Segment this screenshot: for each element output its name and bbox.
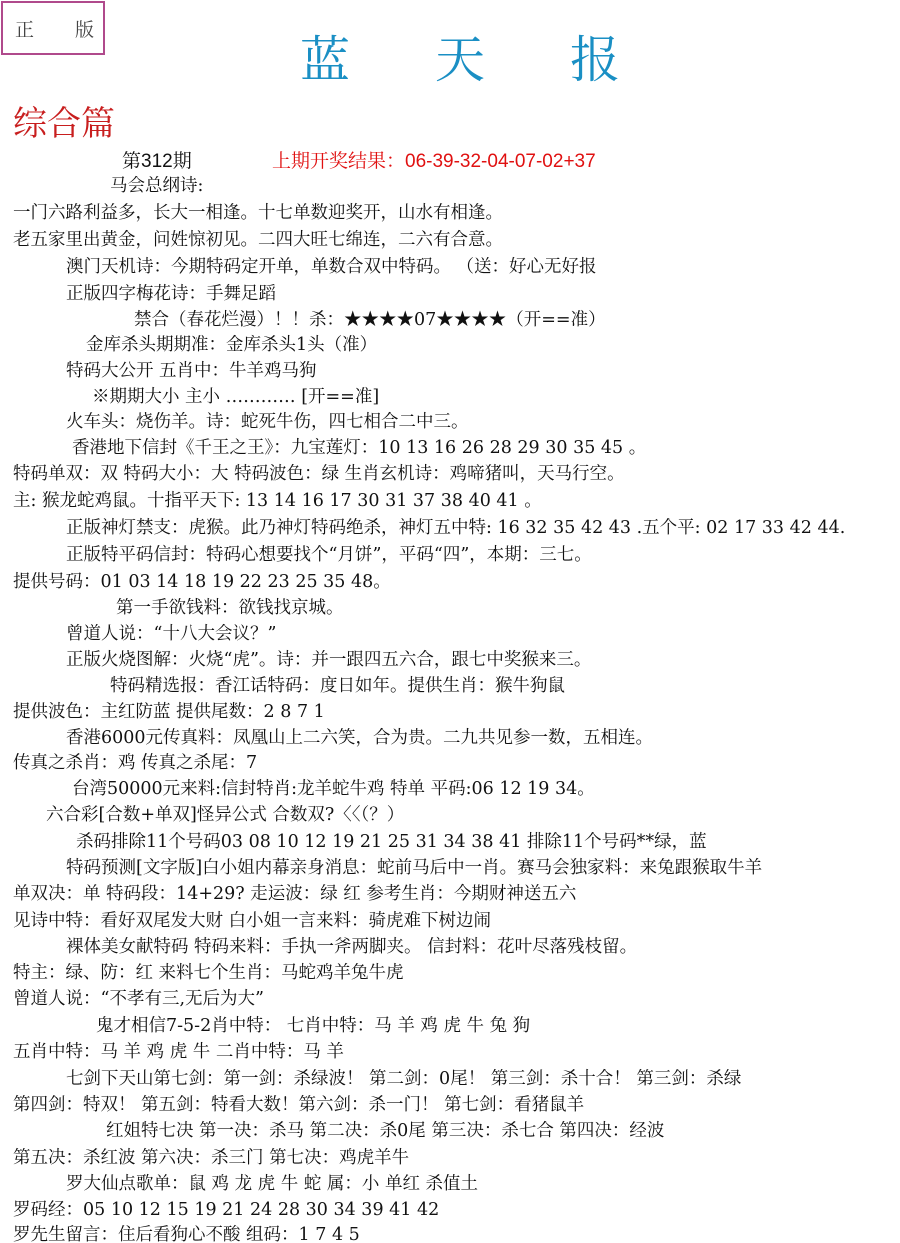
text-line: 正版火烧图解：火烧“虎”。诗：并一跟四五六合，跟七中奖猴来三。 <box>66 649 591 671</box>
text-line: 马会总纲诗: <box>110 175 203 197</box>
text-line: 见诗中特：看好双尾发大财 白小姐一言来料：骑虎难下树边闹 <box>13 910 491 932</box>
text-line: 金库杀头期期准：金库杀头1头（准） <box>86 334 377 356</box>
title-char-3: 报 <box>570 20 620 92</box>
text-line: 特码大公开 五肖中：牛羊鸡马狗 <box>66 360 317 382</box>
text-line: 台湾50000元来料:信封特肖:龙羊蛇牛鸡 特单 平码:06 12 19 34。 <box>72 778 595 800</box>
text-line: 正版特平码信封：特码心想要找个“月饼”，平码“四”，本期：三七。 <box>66 544 592 566</box>
text-line: 香港地下信封《千王之王》：九宝莲灯：10 13 16 26 28 29 30 3… <box>72 437 646 459</box>
section-heading: 综合篇 <box>13 96 115 145</box>
text-line: 特码精选报：香江话特码：度日如年。提供生肖：猴牛狗鼠 <box>110 675 565 697</box>
issue-number: 第312期 <box>122 146 192 173</box>
text-line: 曾道人说：“十八大会议？” <box>66 623 276 645</box>
title-char-2: 天 <box>435 20 485 92</box>
text-line: 禁合（春花烂漫）！！杀：★★★★07★★★★（开==准） <box>134 309 606 331</box>
text-line: 特主：绿、防：红 来料七个生肖：马蛇鸡羊兔牛虎 <box>13 962 404 984</box>
text-line: 提供波色：主红防蓝 提供尾数：2 8 7 1 <box>13 701 325 723</box>
text-line: 红姐特七决 第一决：杀马 第二决：杀0尾 第三决：杀七合 第四决：经波 <box>106 1120 664 1142</box>
text-line: 第一手欲钱料：欲钱找京城。 <box>116 597 344 619</box>
text-line: 火车头：烧伤羊。诗：蛇死牛伤，四七相合二中三。 <box>66 411 469 433</box>
text-line: 曾道人说：“不孝有三,无后为大” <box>13 988 264 1010</box>
text-line: 七剑下天山第七剑：第一剑：杀绿波！ 第二剑：0尾！ 第三剑：杀十合！ 第三剑：杀… <box>66 1068 741 1090</box>
text-line: 罗先生留言：住后看狗心不酸 组码：1 7 4 5 <box>13 1224 360 1243</box>
text-line: 澳门天机诗：今期特码定开单，单数合双中特码。 （送：好心无好报 <box>66 256 597 278</box>
text-line: 正版四字梅花诗：手舞足蹈 <box>66 283 276 305</box>
text-line: 罗大仙点歌单：鼠 鸡 龙 虎 牛 蛇 属：小 单红 杀值土 <box>66 1173 478 1195</box>
text-line: 特码单双：双 特码大小：大 特码波色：绿 生肖玄机诗：鸡啼猪叫，天马行空。 <box>13 463 625 485</box>
text-line: 一门六路利益多，长大一相逢。十七单数迎奖开，山水有相逢。 <box>13 202 503 224</box>
text-line: 传真之杀肖：鸡 传真之杀尾：7 <box>13 752 257 774</box>
text-line: 单双决：单 特码段：14+29? 走运波：绿 红 参考生肖：今期财神送五六 <box>13 883 576 905</box>
last-draw-result: 上期开奖结果：06-39-32-04-07-02+37 <box>272 146 596 173</box>
title-char-1: 蓝 <box>300 20 350 92</box>
text-line: 正版神灯禁支：虎猴。此乃神灯特码绝杀，神灯五中特: 16 32 35 42 43… <box>66 517 845 539</box>
text-line: 香港6000元传真料：凤凰山上二六笑，合为贵。二九共见参一数，五相连。 <box>66 727 653 749</box>
text-line: 第四剑：特双！ 第五剑：特看大数！第六剑：杀一门！ 第七剑：看猪鼠羊 <box>13 1094 584 1116</box>
text-line: 五肖中特：马 羊 鸡 虎 牛 二肖中特：马 羊 <box>13 1041 344 1063</box>
authentic-badge: 正 版 <box>1 1 105 55</box>
text-line: 老五家里出黄金，问姓惊初见。二四大旺七绵连，二六有合意。 <box>13 229 503 251</box>
badge-char-1: 正 <box>15 15 34 42</box>
text-line: 主: 猴龙蛇鸡鼠。十指平天下: 13 14 16 17 30 31 37 38 … <box>13 490 542 512</box>
text-line: 六合彩[合数+单双]怪异公式 合数双?〈〈（？） <box>46 804 404 826</box>
page-title: 蓝 天 报 <box>300 20 620 92</box>
text-line: 鬼才相信7-5-2肖中特： 七肖中特：马 羊 鸡 虎 牛 兔 狗 <box>96 1015 530 1037</box>
text-line: 裸体美女献特码 特码来料：手执一斧两脚夹。 信封料：花叶尽落残枝留。 <box>66 936 637 958</box>
text-line: 第五决：杀红波 第六决：杀三门 第七决：鸡虎羊牛 <box>13 1147 409 1169</box>
text-line: 提供号码：01 03 14 18 19 22 23 25 35 48。 <box>13 571 391 593</box>
text-line: 杀码排除11个号码03 08 10 12 19 21 25 31 34 38 4… <box>76 831 707 853</box>
text-line: ※期期大小 主小 ………… [开==准] <box>92 386 379 408</box>
badge-char-2: 版 <box>75 15 94 42</box>
text-line: 罗码经：05 10 12 15 19 21 24 28 30 34 39 41 … <box>13 1199 439 1221</box>
text-line: 特码预测[文字版]白小姐内幕亲身消息：蛇前马后中一肖。赛马会独家料：来兔跟猴取牛… <box>66 857 762 879</box>
